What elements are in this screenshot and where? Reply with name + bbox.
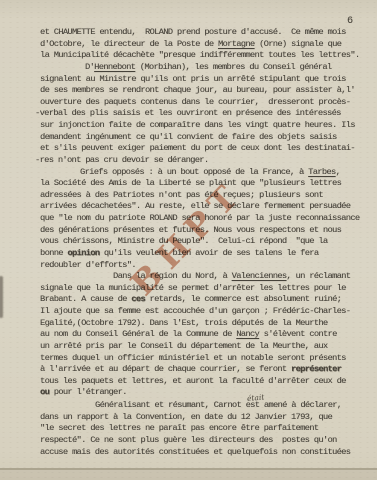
text-segment: (Morbihan), les membres du Conseil génér… [135,62,331,72]
text-segment: la Municipalité décachète "presque indif… [40,50,359,60]
text-segment: et CHAUMETTE entendu, ROLAND prend postu… [40,27,346,37]
text-line: adressées à des Patriotes n'ont pas été … [40,190,372,202]
text-segment: à l'arrivée et au départ de chaque courr… [40,364,291,374]
text-segment: termes duquel un officier ministériel et… [40,353,346,363]
text-segment: signale que la municipalité se permet d'… [40,283,346,293]
text-line: la Municipalité décachète "presque indif… [40,50,372,62]
text-line: Griefs opposés : à un bout opposé de la … [80,167,372,179]
text-line: Généralisant et résumant, Carnot étaites… [95,399,372,412]
text-line: d'Octobre, le directeur de la Poste de M… [40,39,372,51]
text-segment: pour l'étranger. [49,387,127,397]
text-segment: tous les paquets et lettres, et auront l… [40,376,346,386]
text-line: respecté". Ce ne sont plus guère les dir… [40,435,372,447]
text-segment: demandent ingénument ce qu'il convient d… [40,132,337,142]
text-line: -verbal des plis saisis et les ouvriront… [35,108,372,120]
scanned-document-page: 6 et CHAUMETTE entendu, ROLAND prend pos… [0,0,377,480]
text-line: de ses membres se rendront chaque jour, … [40,85,372,97]
text-line: et s'ils peuvent exiger paiement du port… [40,143,372,155]
text-line: sur injonction faite de comparaître dans… [40,120,372,132]
overtyped-word: ces [131,294,145,304]
text-segment: Généralisant et résumant, Carnot [95,400,246,410]
paper-bottom-shadow [0,470,377,480]
text-segment: dans un rapport à la Convention, en date… [40,412,332,422]
text-line: termes duquel un officier ministériel et… [40,353,372,365]
text-line: redoubler d'efforts". [40,260,372,272]
text-segment: respecté". Ce ne sont plus guère les dir… [40,435,337,445]
text-line: tous les paquets et lettres, et auront l… [40,376,372,388]
text-line: ouverture des paquets contenus dans le c… [40,97,372,109]
overtyped-word: opinion [67,248,99,258]
text-line: et CHAUMETTE entendu, ROLAND prend postu… [40,27,372,39]
text-line: bonne opinion qu'ils veulent bien avoir … [40,248,372,260]
text-segment: que "le nom du patriote ROLAND sera hono… [40,213,359,223]
text-line: signale que la municipalité se permet d'… [40,283,372,295]
text-line: Egalité,(Octobre 1792). Dans l'Est, troi… [40,318,372,330]
document-text: et CHAUMETTE entendu, ROLAND prend postu… [40,27,372,458]
text-segment: un arrêté pris par le Conseil du départe… [40,341,328,351]
text-line: "le secret des lettres ne paraît pas enc… [40,423,372,435]
underlined-place-name: Valenciennes [232,271,287,281]
text-segment: adressées à des Patriotes n'ont pas été … [40,190,323,200]
text-line: vous chérissons, Ministre du Peuple". Ce… [40,236,372,248]
text-line: ou pour l'étranger. [40,387,372,399]
text-line: demandent ingénument ce qu'il convient d… [40,132,372,144]
text-line: des générations présentes et futures. No… [40,225,372,237]
text-line: accuse mais des autorités constituées et… [40,447,372,459]
text-segment: sur injonction faite de comparaître dans… [40,120,355,130]
text-segment: bonne [40,248,67,258]
text-segment: D' [85,62,94,72]
text-segment: (Orne) signale que [255,39,342,49]
text-segment: vous chérissons, Ministre du Peuple". Ce… [40,236,328,246]
text-line: Brabant. A cause de ces retards, le comm… [40,294,372,306]
underlined-place-name: Hennebont [94,62,135,72]
text-segment: Brabant. A cause de [40,294,131,304]
text-segment: Griefs opposés : à un bout opposé de la … [80,167,308,177]
text-segment: , [336,167,341,177]
text-line: dans un rapport à la Convention, en date… [40,412,372,424]
underlined-place-name: Nancy [236,329,259,339]
underlined-place-name: Tarbes [308,167,335,177]
overtyped-word: ou [40,387,49,397]
overtyped-word: représenter [291,364,341,374]
text-line: un arrêté pris par le Conseil du départe… [40,341,372,353]
text-segment: accuse mais des autorités constituées et… [40,447,350,457]
page-number: 6 [347,16,353,27]
text-segment: des générations présentes et futures. No… [40,225,341,235]
text-segment: au nom du Conseil Général de la Commune … [40,329,236,339]
text-line: Dans la région du Nord, à Valenciennes, … [113,271,372,283]
text-segment: -verbal des plis saisis et les ouvriront… [35,108,341,118]
text-line: arrivées décachetées". Au reste, elle se… [40,201,372,213]
text-segment: s'élèvent contre [259,329,337,339]
text-segment: signalent au Ministre qu'ils ont pris un… [40,74,346,84]
text-line: Il ajoute que sa femme est accouchée d'u… [40,306,372,318]
text-segment: ouverture des paquets contenus dans le c… [40,97,350,107]
text-segment: , un réclamant [286,271,350,281]
text-segment: qu'ils veulent bien avoir de ses talens … [99,248,318,258]
underlined-place-name: Mortagne [218,39,255,49]
text-segment: Il ajoute que sa femme est accouchée d'u… [40,306,350,316]
text-line: signalent au Ministre qu'ils ont pris un… [40,74,372,86]
text-segment: arrivées décachetées". Au reste, elle se… [40,201,350,211]
text-line: D'Hennebont (Morbihan), les membres du C… [85,62,372,74]
text-segment: "le secret des lettres ne paraît pas enc… [40,423,318,433]
text-segment: de ses membres se rendront chaque jour, … [40,85,355,95]
text-line: que "le nom du patriote ROLAND sera hono… [40,213,372,225]
scan-edge-smudge [0,276,3,318]
text-segment: d'Octobre, le directeur de la Poste de [40,39,218,49]
text-segment: Dans la région du Nord, à [113,271,232,281]
text-segment: -res n'ont pas cru devoir se déranger. [35,155,208,165]
text-segment: et s'ils peuvent exiger paiement du port… [40,143,355,153]
text-line: à l'arrivée et au départ de chaque courr… [40,364,372,376]
text-line: la Société des Amis de la Liberté se pla… [40,178,372,190]
text-line: -res n'ont pas cru devoir se déranger. [35,155,372,167]
text-segment: retards, le commerce est absolument ruin… [145,294,341,304]
text-segment: redoubler d'efforts". [40,260,136,270]
text-segment: la Société des Amis de la Liberté se pla… [40,178,341,188]
text-line: au nom du Conseil Général de la Commune … [40,329,372,341]
text-segment: Egalité,(Octobre 1792). Dans l'Est, troi… [40,318,328,328]
